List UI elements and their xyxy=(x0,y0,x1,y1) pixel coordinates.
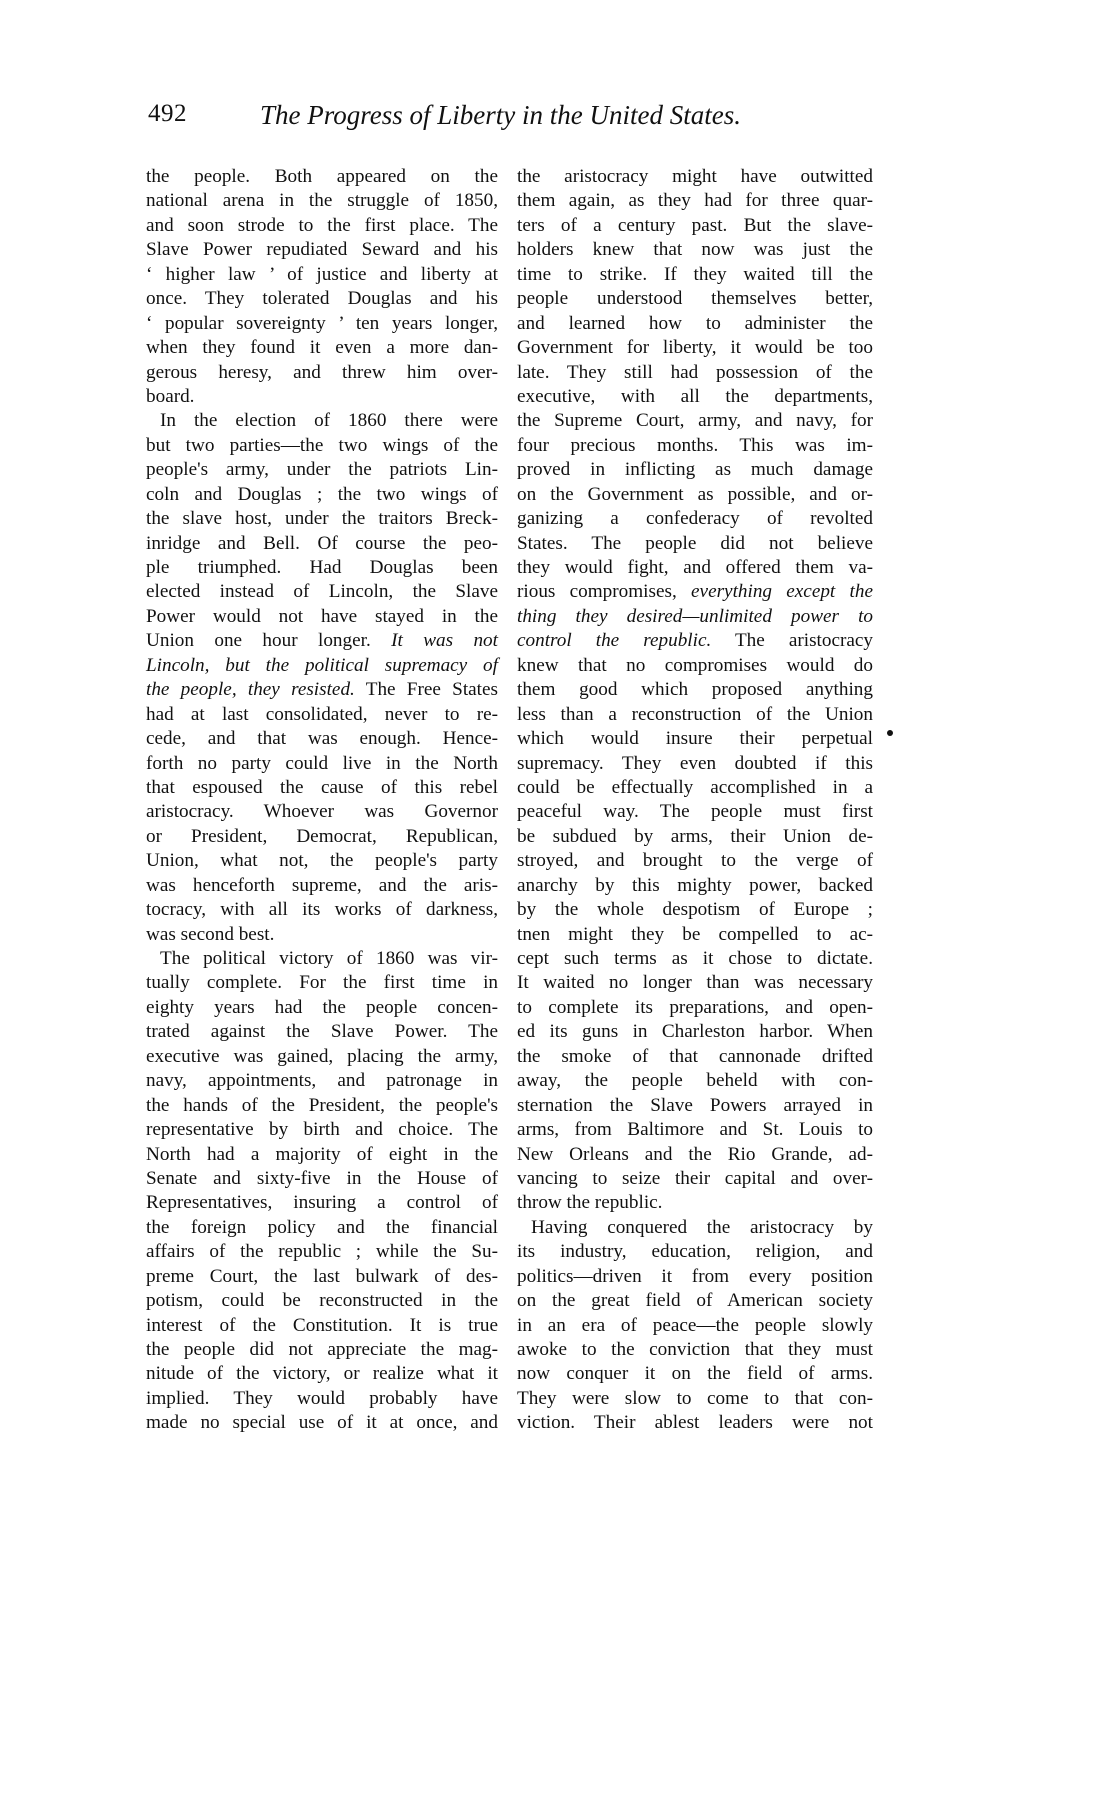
text-line: had at last consolidated, never to re- xyxy=(146,703,498,727)
roman-text: Union, what not, the people's party xyxy=(146,850,498,871)
roman-text: once. They tolerated Douglas and his xyxy=(146,288,498,309)
text-line: implied. They would probably have xyxy=(146,1387,498,1411)
roman-text: The aristocracy xyxy=(711,630,873,651)
text-line: ters of a century past. But the slave- xyxy=(517,214,873,238)
roman-text: people understood themselves better, xyxy=(517,288,873,309)
roman-text: on the Government as possible, and or- xyxy=(517,484,873,505)
roman-text: them good which proposed anything xyxy=(517,679,873,700)
text-line: was henceforth supreme, and the aris- xyxy=(146,874,498,898)
roman-text: In the election of 1860 there were xyxy=(160,410,498,431)
roman-text: eighty years had the people concen- xyxy=(146,997,498,1018)
text-line: and soon strode to the first place. The xyxy=(146,214,498,238)
text-line: Slave Power repudiated Seward and his xyxy=(146,238,498,262)
italic-text: thing they desired—unlimited power to xyxy=(517,606,873,627)
text-line: North had a majority of eight in the xyxy=(146,1143,498,1167)
text-line: or President, Democrat, Republican, xyxy=(146,825,498,849)
italic-text: It was not xyxy=(391,630,498,651)
text-line: holders knew that now was just the xyxy=(517,238,873,262)
roman-text: The political victory of 1860 was vir- xyxy=(160,948,498,969)
roman-text: viction. Their ablest leaders were not xyxy=(517,1412,873,1433)
roman-text: navy, appointments, and patronage in xyxy=(146,1070,498,1091)
roman-text: implied. They would probably have xyxy=(146,1388,498,1409)
roman-text: the Supreme Court, army, and navy, for xyxy=(517,410,873,431)
roman-text: Government for liberty, it would be too xyxy=(517,337,873,358)
roman-text: The Free States xyxy=(355,679,498,700)
text-line: In the election of 1860 there were xyxy=(146,409,498,433)
roman-text: throw the republic. xyxy=(517,1192,662,1213)
text-line: on the Government as possible, and or- xyxy=(517,483,873,507)
text-line: cede, and that was enough. Hence- xyxy=(146,727,498,751)
text-line: arms, from Baltimore and St. Louis to xyxy=(517,1118,873,1142)
roman-text: holders knew that now was just the xyxy=(517,239,873,260)
text-line: Government for liberty, it would be too xyxy=(517,336,873,360)
text-line: people's army, under the patriots Lin- xyxy=(146,458,498,482)
roman-text: Having conquered the aristocracy by xyxy=(531,1217,873,1238)
roman-text: sternation the Slave Powers arrayed in xyxy=(517,1095,873,1116)
text-line: thing they desired—unlimited power to xyxy=(517,605,873,629)
roman-text: politics—driven it from every position xyxy=(517,1266,873,1287)
text-line: awoke to the conviction that they must xyxy=(517,1338,873,1362)
roman-text: they would fight, and offered them va- xyxy=(517,557,873,578)
text-line: forth no party could live in the North xyxy=(146,752,498,776)
text-line: the aristocracy might have outwitted xyxy=(517,165,873,189)
roman-text: ‘ popular sovereignty ’ ten years longer… xyxy=(146,313,498,334)
roman-text: in an era of peace—the people slowly xyxy=(517,1315,873,1336)
text-line: the Supreme Court, army, and navy, for xyxy=(517,409,873,433)
text-line: They were slow to come to that con- xyxy=(517,1387,873,1411)
roman-text: rious compromises, xyxy=(517,581,691,602)
roman-text: Power would not have stayed in the xyxy=(146,606,498,627)
roman-text: be subdued by arms, their Union de- xyxy=(517,826,873,847)
roman-text: less than a reconstruction of the Union xyxy=(517,704,873,725)
roman-text: time to strike. If they waited till the xyxy=(517,264,873,285)
text-line: trated against the Slave Power. The xyxy=(146,1020,498,1044)
text-line: politics—driven it from every position xyxy=(517,1265,873,1289)
text-line: coln and Douglas ; the two wings of xyxy=(146,483,498,507)
roman-text: that espoused the cause of this rebel xyxy=(146,777,498,798)
roman-text: trated against the Slave Power. The xyxy=(146,1021,498,1042)
text-line: people understood themselves better, xyxy=(517,287,873,311)
text-line: proved in inflicting as much damage xyxy=(517,458,873,482)
running-header: 492 The Progress of Liberty in the Unite… xyxy=(148,100,888,140)
text-line: away, the people beheld with con- xyxy=(517,1069,873,1093)
text-line: Representatives, insuring a control of xyxy=(146,1191,498,1215)
text-line: aristocracy. Whoever was Governor xyxy=(146,800,498,824)
roman-text: States. The people did not believe xyxy=(517,533,873,554)
text-line: navy, appointments, and patronage in xyxy=(146,1069,498,1093)
text-line: ‘ higher law ’ of justice and liberty at xyxy=(146,263,498,287)
text-line: supremacy. They even doubted if this xyxy=(517,752,873,776)
roman-text: which would insure their perpetual xyxy=(517,728,873,749)
text-line: peaceful way. The people must first xyxy=(517,800,873,824)
text-line: representative by birth and choice. The xyxy=(146,1118,498,1142)
text-line: tually complete. For the first time in xyxy=(146,971,498,995)
roman-text: ple triumphed. Had Douglas been xyxy=(146,557,498,578)
text-line: inridge and Bell. Of course the peo- xyxy=(146,532,498,556)
text-line: less than a reconstruction of the Union xyxy=(517,703,873,727)
roman-text: away, the people beheld with con- xyxy=(517,1070,873,1091)
roman-text: tocracy, with all its works of darkness, xyxy=(146,899,498,920)
text-line: ed its guns in Charleston harbor. When xyxy=(517,1020,873,1044)
roman-text: ganizing a confederacy of revolted xyxy=(517,508,873,529)
text-line: board. xyxy=(146,385,498,409)
text-line: the smoke of that cannonade drifted xyxy=(517,1045,873,1069)
roman-text: cept such terms as it chose to dictate. xyxy=(517,948,873,969)
roman-text: national arena in the struggle of 1850, xyxy=(146,190,498,211)
text-line: nitude of the victory, or realize what i… xyxy=(146,1362,498,1386)
roman-text: They were slow to come to that con- xyxy=(517,1388,873,1409)
roman-text: and soon strode to the first place. The xyxy=(146,215,498,236)
roman-text: its industry, education, religion, and xyxy=(517,1241,873,1262)
roman-text: them again, as they had for three quar- xyxy=(517,190,873,211)
text-line: Power would not have stayed in the xyxy=(146,605,498,629)
text-line: The political victory of 1860 was vir- xyxy=(146,947,498,971)
text-line: stroyed, and brought to the verge of xyxy=(517,849,873,873)
text-line: tnen might they be compelled to ac- xyxy=(517,923,873,947)
ink-dot-mark xyxy=(887,730,893,736)
text-line: late. They still had possession of the xyxy=(517,361,873,385)
roman-text: the foreign policy and the financial xyxy=(146,1217,498,1238)
roman-text: four precious months. This was im- xyxy=(517,435,873,456)
roman-text: on the great field of American society xyxy=(517,1290,873,1311)
text-line: control the republic. The aristocracy xyxy=(517,629,873,653)
roman-text: affairs of the republic ; while the Su- xyxy=(146,1241,498,1262)
italic-text: the people, they resisted. xyxy=(146,679,355,700)
roman-text: the people. Both appeared on the xyxy=(146,166,498,187)
text-line: preme Court, the last bulwark of des- xyxy=(146,1265,498,1289)
page-number: 492 xyxy=(148,100,187,128)
roman-text: representative by birth and choice. The xyxy=(146,1119,498,1140)
roman-text: could be effectually accomplished in a xyxy=(517,777,873,798)
right-column: the aristocracy might have outwittedthem… xyxy=(517,165,873,1436)
roman-text: late. They still had possession of the xyxy=(517,362,873,383)
roman-text: Union one hour longer. xyxy=(146,630,391,651)
roman-text: people's army, under the patriots Lin- xyxy=(146,459,498,480)
roman-text: had at last consolidated, never to re- xyxy=(146,704,498,725)
text-line: the foreign policy and the financial xyxy=(146,1216,498,1240)
text-line: national arena in the struggle of 1850, xyxy=(146,189,498,213)
text-line: when they found it even a more dan- xyxy=(146,336,498,360)
text-line: cept such terms as it chose to dictate. xyxy=(517,947,873,971)
roman-text: It waited no longer than was necessary xyxy=(517,972,873,993)
text-line: the people, they resisted. The Free Stat… xyxy=(146,678,498,702)
text-line: throw the republic. xyxy=(517,1191,873,1215)
roman-text: gerous heresy, and threw him over- xyxy=(146,362,498,383)
roman-text: stroyed, and brought to the verge of xyxy=(517,850,873,871)
text-line: them again, as they had for three quar- xyxy=(517,189,873,213)
text-line: could be effectually accomplished in a xyxy=(517,776,873,800)
text-line: its industry, education, religion, and xyxy=(517,1240,873,1264)
roman-text: North had a majority of eight in the xyxy=(146,1144,498,1165)
roman-text: forth no party could live in the North xyxy=(146,753,498,774)
roman-text: when they found it even a more dan- xyxy=(146,337,498,358)
roman-text: and learned how to administer the xyxy=(517,313,873,334)
text-line: executive, with all the departments, xyxy=(517,385,873,409)
italic-text: everything except the xyxy=(691,581,873,602)
text-line: once. They tolerated Douglas and his xyxy=(146,287,498,311)
text-line: Union, what not, the people's party xyxy=(146,849,498,873)
text-line: four precious months. This was im- xyxy=(517,434,873,458)
running-title: The Progress of Liberty in the United St… xyxy=(260,100,741,131)
text-line: knew that no compromises would do xyxy=(517,654,873,678)
text-line: the people did not appreciate the mag- xyxy=(146,1338,498,1362)
roman-text: coln and Douglas ; the two wings of xyxy=(146,484,498,505)
roman-text: but two parties—the two wings of the xyxy=(146,435,498,456)
text-line: viction. Their ablest leaders were not xyxy=(517,1411,873,1435)
text-line: gerous heresy, and threw him over- xyxy=(146,361,498,385)
roman-text: nitude of the victory, or realize what i… xyxy=(146,1363,498,1384)
roman-text: the hands of the President, the people's xyxy=(146,1095,498,1116)
roman-text: executive, with all the departments, xyxy=(517,386,873,407)
text-line: that espoused the cause of this rebel xyxy=(146,776,498,800)
text-line: elected instead of Lincoln, the Slave xyxy=(146,580,498,604)
text-line: anarchy by this mighty power, backed xyxy=(517,874,873,898)
roman-text: the smoke of that cannonade drifted xyxy=(517,1046,873,1067)
text-line: made no special use of it at once, and xyxy=(146,1411,498,1435)
roman-text: knew that no compromises would do xyxy=(517,655,873,676)
roman-text: or President, Democrat, Republican, xyxy=(146,826,498,847)
text-line: the hands of the President, the people's xyxy=(146,1094,498,1118)
roman-text: tually complete. For the first time in xyxy=(146,972,498,993)
roman-text: ed its guns in Charleston harbor. When xyxy=(517,1021,873,1042)
text-line: vancing to seize their capital and over- xyxy=(517,1167,873,1191)
roman-text: by the whole despotism of Europe ; xyxy=(517,899,873,920)
text-line: by the whole despotism of Europe ; xyxy=(517,898,873,922)
roman-text: Slave Power repudiated Seward and his xyxy=(146,239,498,260)
text-line: the people. Both appeared on the xyxy=(146,165,498,189)
text-line: Union one hour longer. It was not xyxy=(146,629,498,653)
italic-text: control the republic. xyxy=(517,630,711,651)
roman-text: elected instead of Lincoln, the Slave xyxy=(146,581,498,602)
text-line: interest of the Constitution. It is true xyxy=(146,1314,498,1338)
roman-text: ‘ higher law ’ of justice and liberty at xyxy=(146,264,498,285)
roman-text: anarchy by this mighty power, backed xyxy=(517,875,873,896)
roman-text: potism, could be reconstructed in the xyxy=(146,1290,498,1311)
roman-text: awoke to the conviction that they must xyxy=(517,1339,873,1360)
roman-text: the slave host, under the traitors Breck… xyxy=(146,508,498,529)
roman-text: Representatives, insuring a control of xyxy=(146,1192,498,1213)
roman-text: made no special use of it at once, and xyxy=(146,1412,498,1433)
text-line: executive was gained, placing the army, xyxy=(146,1045,498,1069)
roman-text: cede, and that was enough. Hence- xyxy=(146,728,498,749)
text-line: now conquer it on the field of arms. xyxy=(517,1362,873,1386)
roman-text: executive was gained, placing the army, xyxy=(146,1046,498,1067)
text-line: potism, could be reconstructed in the xyxy=(146,1289,498,1313)
text-line: rious compromises, everything except the xyxy=(517,580,873,604)
text-line: ganizing a confederacy of revolted xyxy=(517,507,873,531)
text-line: ‘ popular sovereignty ’ ten years longer… xyxy=(146,312,498,336)
text-line: was second best. xyxy=(146,923,498,947)
text-line: sternation the Slave Powers arrayed in xyxy=(517,1094,873,1118)
roman-text: to complete its preparations, and open- xyxy=(517,997,873,1018)
roman-text: was second best. xyxy=(146,924,274,945)
left-column: the people. Both appeared on thenational… xyxy=(146,165,498,1436)
text-line: they would fight, and offered them va- xyxy=(517,556,873,580)
text-line: Senate and sixty-five in the House of xyxy=(146,1167,498,1191)
text-line: It waited no longer than was necessary xyxy=(517,971,873,995)
roman-text: peaceful way. The people must first xyxy=(517,801,873,822)
roman-text: interest of the Constitution. It is true xyxy=(146,1315,498,1336)
roman-text: New Orleans and the Rio Grande, ad- xyxy=(517,1144,873,1165)
roman-text: now conquer it on the field of arms. xyxy=(517,1363,873,1384)
roman-text: the aristocracy might have outwitted xyxy=(517,166,873,187)
roman-text: aristocracy. Whoever was Governor xyxy=(146,801,498,822)
text-line: tocracy, with all its works of darkness, xyxy=(146,898,498,922)
text-line: on the great field of American society xyxy=(517,1289,873,1313)
text-line: ple triumphed. Had Douglas been xyxy=(146,556,498,580)
text-line: time to strike. If they waited till the xyxy=(517,263,873,287)
roman-text: proved in inflicting as much damage xyxy=(517,459,873,480)
roman-text: vancing to seize their capital and over- xyxy=(517,1168,873,1189)
roman-text: supremacy. They even doubted if this xyxy=(517,753,873,774)
text-line: which would insure their perpetual xyxy=(517,727,873,751)
roman-text: Senate and sixty-five in the House of xyxy=(146,1168,498,1189)
text-line: and learned how to administer the xyxy=(517,312,873,336)
text-line: Having conquered the aristocracy by xyxy=(517,1216,873,1240)
text-line: but two parties—the two wings of the xyxy=(146,434,498,458)
roman-text: tnen might they be compelled to ac- xyxy=(517,924,873,945)
roman-text: the people did not appreciate the mag- xyxy=(146,1339,498,1360)
text-line: in an era of peace—the people slowly xyxy=(517,1314,873,1338)
text-line: Lincoln, but the political supremacy of xyxy=(146,654,498,678)
roman-text: was henceforth supreme, and the aris- xyxy=(146,875,498,896)
roman-text: ters of a century past. But the slave- xyxy=(517,215,873,236)
roman-text: inridge and Bell. Of course the peo- xyxy=(146,533,498,554)
text-line: the slave host, under the traitors Breck… xyxy=(146,507,498,531)
text-line: be subdued by arms, their Union de- xyxy=(517,825,873,849)
roman-text: preme Court, the last bulwark of des- xyxy=(146,1266,498,1287)
text-line: States. The people did not believe xyxy=(517,532,873,556)
text-line: to complete its preparations, and open- xyxy=(517,996,873,1020)
roman-text: board. xyxy=(146,386,194,407)
text-line: them good which proposed anything xyxy=(517,678,873,702)
roman-text: arms, from Baltimore and St. Louis to xyxy=(517,1119,873,1140)
italic-text: Lincoln, but the political supremacy of xyxy=(146,655,498,676)
text-line: affairs of the republic ; while the Su- xyxy=(146,1240,498,1264)
text-line: eighty years had the people concen- xyxy=(146,996,498,1020)
text-line: New Orleans and the Rio Grande, ad- xyxy=(517,1143,873,1167)
